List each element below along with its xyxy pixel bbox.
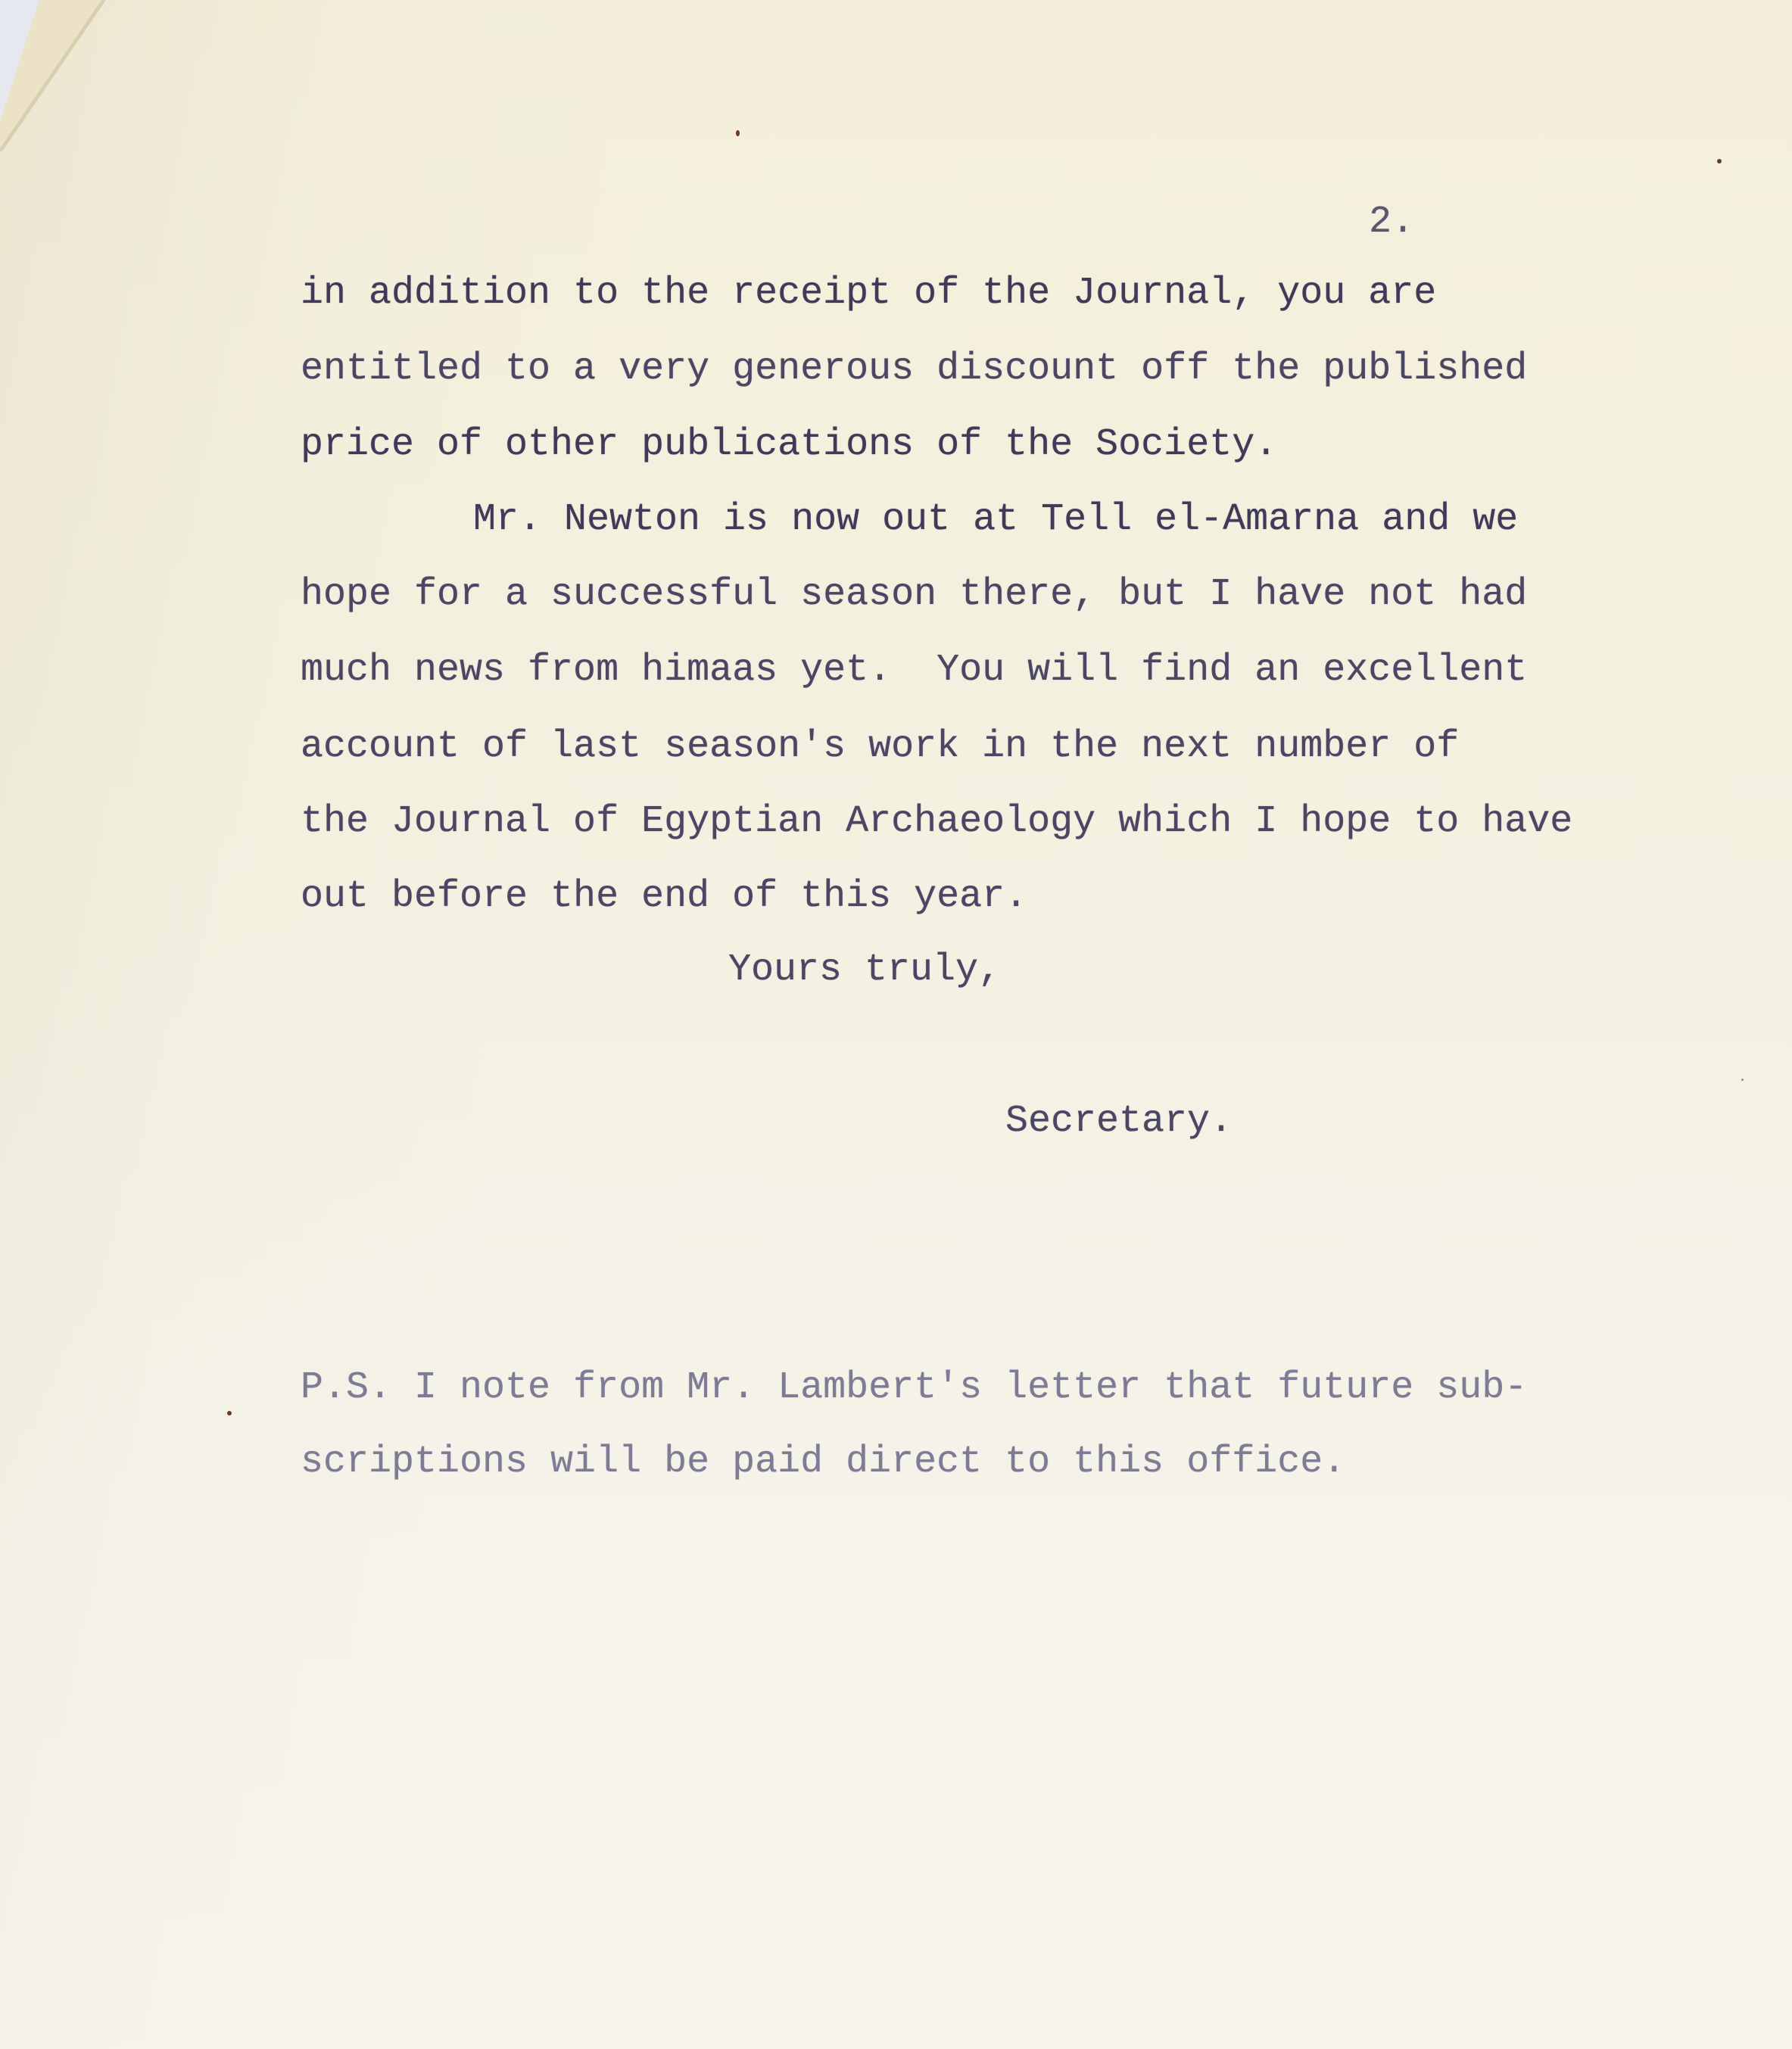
body-line: the Journal of Egyptian Archaeology whic… — [301, 799, 1572, 845]
signature-title: Secretary. — [1005, 1099, 1233, 1144]
body-line: much news from himaas yet. You will find… — [301, 648, 1527, 693]
body-line: entitled to a very generous discount off… — [301, 347, 1527, 392]
body-line: price of other publications of the Socie… — [301, 422, 1277, 468]
paper-speck — [736, 130, 740, 136]
body-line: out before the end of this year. — [301, 874, 1027, 920]
body-line: Mr. Newton is now out at Tell el-Amarna … — [473, 497, 1518, 543]
paper-speck — [1741, 1079, 1744, 1081]
paper-speck — [227, 1411, 232, 1415]
postscript-line: P.S. I note from Mr. Lambert's letter th… — [301, 1365, 1527, 1411]
body-line: account of last season's work in the nex… — [301, 724, 1459, 770]
closing: Yours truly, — [728, 948, 1001, 993]
page-number: 2. — [1369, 200, 1414, 245]
letter-page: 2. in addition to the receipt of the Jou… — [0, 0, 1792, 2049]
body-line: hope for a successful season there, but … — [301, 572, 1527, 618]
paper-speck — [1717, 159, 1722, 163]
postscript-line: scriptions will be paid direct to this o… — [301, 1440, 1345, 1485]
body-line: in addition to the receipt of the Journa… — [301, 271, 1436, 316]
